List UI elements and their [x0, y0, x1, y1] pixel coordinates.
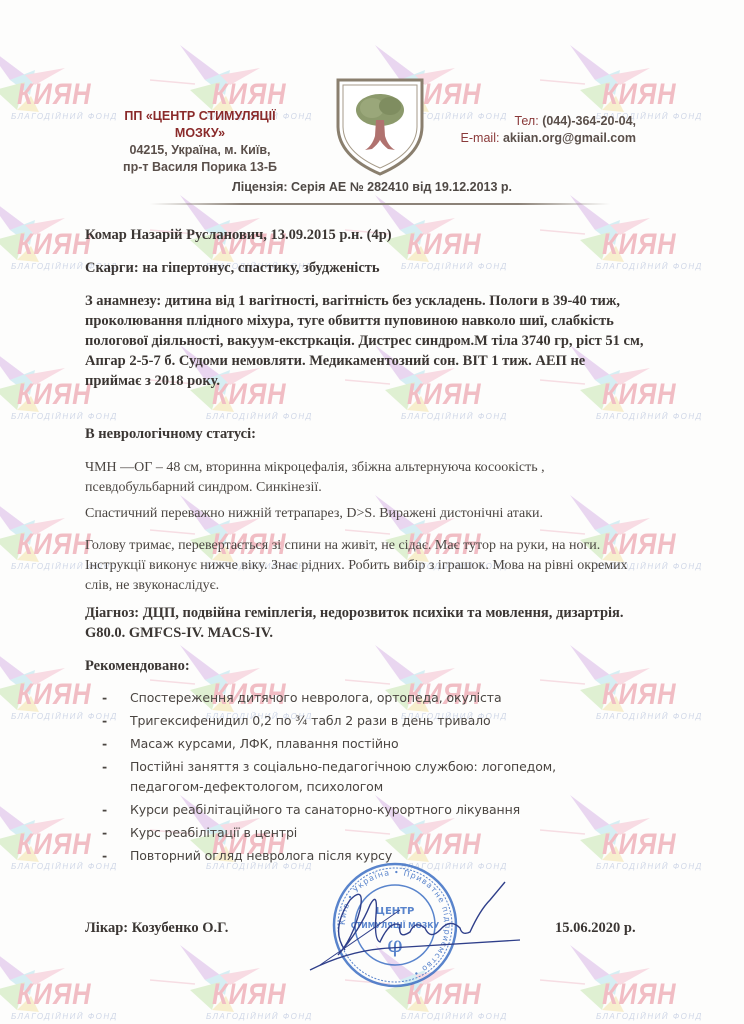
document-date: 15.06.2020 р. [555, 920, 636, 937]
license-line: Ліцензія: Серія АЕ № 282410 від 19.12.20… [0, 180, 744, 194]
complaints: Скарги: на гіпертонус, спастику, збуджен… [85, 258, 380, 278]
recommendations-title: Рекомендовано: [85, 656, 190, 676]
dash-bullet: - [102, 688, 107, 708]
bird-icon [0, 340, 75, 420]
bird-icon [540, 40, 660, 120]
tree-shield-logo [332, 74, 428, 178]
neuro-status-paragraph: Голову тримає, перевертається зі спини н… [85, 536, 645, 596]
phone-number: (044)-364-20-04, [542, 114, 636, 128]
patient-line: Комар Назарій Русланович, 13.09.2015 р.н… [85, 225, 392, 245]
watermark-tile: КИЯНБЛАГОДІЙНИЙ ФОНД [150, 940, 300, 1024]
watermark-tile: КИЯНБЛАГОДІЙНИЙ ФОНД [0, 940, 105, 1024]
neuro-status-paragraph: Спастичний переважно нижній тетрапарез, … [85, 504, 645, 524]
signature-icon [290, 870, 530, 980]
watermark-tile: КИЯНБЛАГОДІЙНИЙ ФОНД [0, 640, 105, 730]
bird-icon [150, 940, 270, 1020]
tree-shield-icon [332, 74, 428, 178]
bird-icon [0, 640, 75, 720]
dash-bullet: - [102, 846, 107, 866]
bird-icon [0, 940, 75, 1020]
dash-bullet: - [102, 800, 107, 820]
bird-icon [0, 190, 75, 270]
list-item: -Курси реабілітаційного та санаторно-кур… [100, 800, 620, 820]
list-item: -Постійні заняття з соціально-педагогічн… [100, 757, 620, 797]
doctor-signature [290, 870, 530, 980]
header-divider [150, 203, 610, 205]
org-address-block: ПП «ЦЕНТР СТИМУЛЯЦІЇ МОЗКУ» 04215, Украї… [100, 108, 300, 176]
bird-icon [0, 790, 75, 870]
list-item: -Масаж курсами, ЛФК, плавання постійно [100, 734, 620, 754]
watermark-tile: КИЯНБЛАГОДІЙНИЙ ФОНД [0, 790, 105, 880]
list-item: -Тригексифенидил 0,2 по ¾ табл 2 рази в … [100, 711, 620, 731]
watermark-tile: КИЯНБЛАГОДІЙНИЙ ФОНД [0, 40, 105, 130]
dash-bullet: - [102, 823, 107, 843]
phone-label: Тел: [514, 114, 538, 128]
neuro-status-title: В неврологічному статусі: [85, 424, 256, 444]
bird-icon [540, 940, 660, 1020]
email-label: E-mail: [461, 131, 500, 145]
org-name: ПП «ЦЕНТР СТИМУЛЯЦІЇ МОЗКУ» [100, 108, 300, 142]
address-line-2: пр-т Василя Порика 13-Б [100, 159, 300, 176]
dash-bullet: - [102, 757, 107, 777]
neuro-status-paragraph: ЧМН —ОГ – 48 см, вторинна мікроцефалія, … [85, 458, 645, 498]
doctor-name: Лікар: Козубенко О.Г. [85, 920, 228, 937]
bird-icon [0, 40, 75, 120]
contact-block: Тел: (044)-364-20-04, E-mail: akiian.org… [420, 113, 636, 147]
dash-bullet: - [102, 711, 107, 731]
bird-icon [0, 490, 75, 570]
diagnosis: Діагноз: ДЦП, подвійна геміплегія, недор… [85, 603, 645, 643]
list-item: -Курс реабілітації в центрі [100, 823, 620, 843]
anamnesis: З анамнезу: дитина від 1 вагітності, ваг… [85, 291, 645, 391]
recommendations-list: -Спостереження дитячого невролога, ортоп… [100, 688, 620, 869]
address-line-1: 04215, Україна, м. Київ, [100, 142, 300, 159]
list-item: -Спостереження дитячого невролога, ортоп… [100, 688, 620, 708]
dash-bullet: - [102, 734, 107, 754]
email-address: akiian.org@gmail.com [503, 131, 636, 145]
watermark-tile: КИЯНБЛАГОДІЙНИЙ ФОНД [540, 940, 690, 1024]
bird-icon [540, 190, 660, 270]
